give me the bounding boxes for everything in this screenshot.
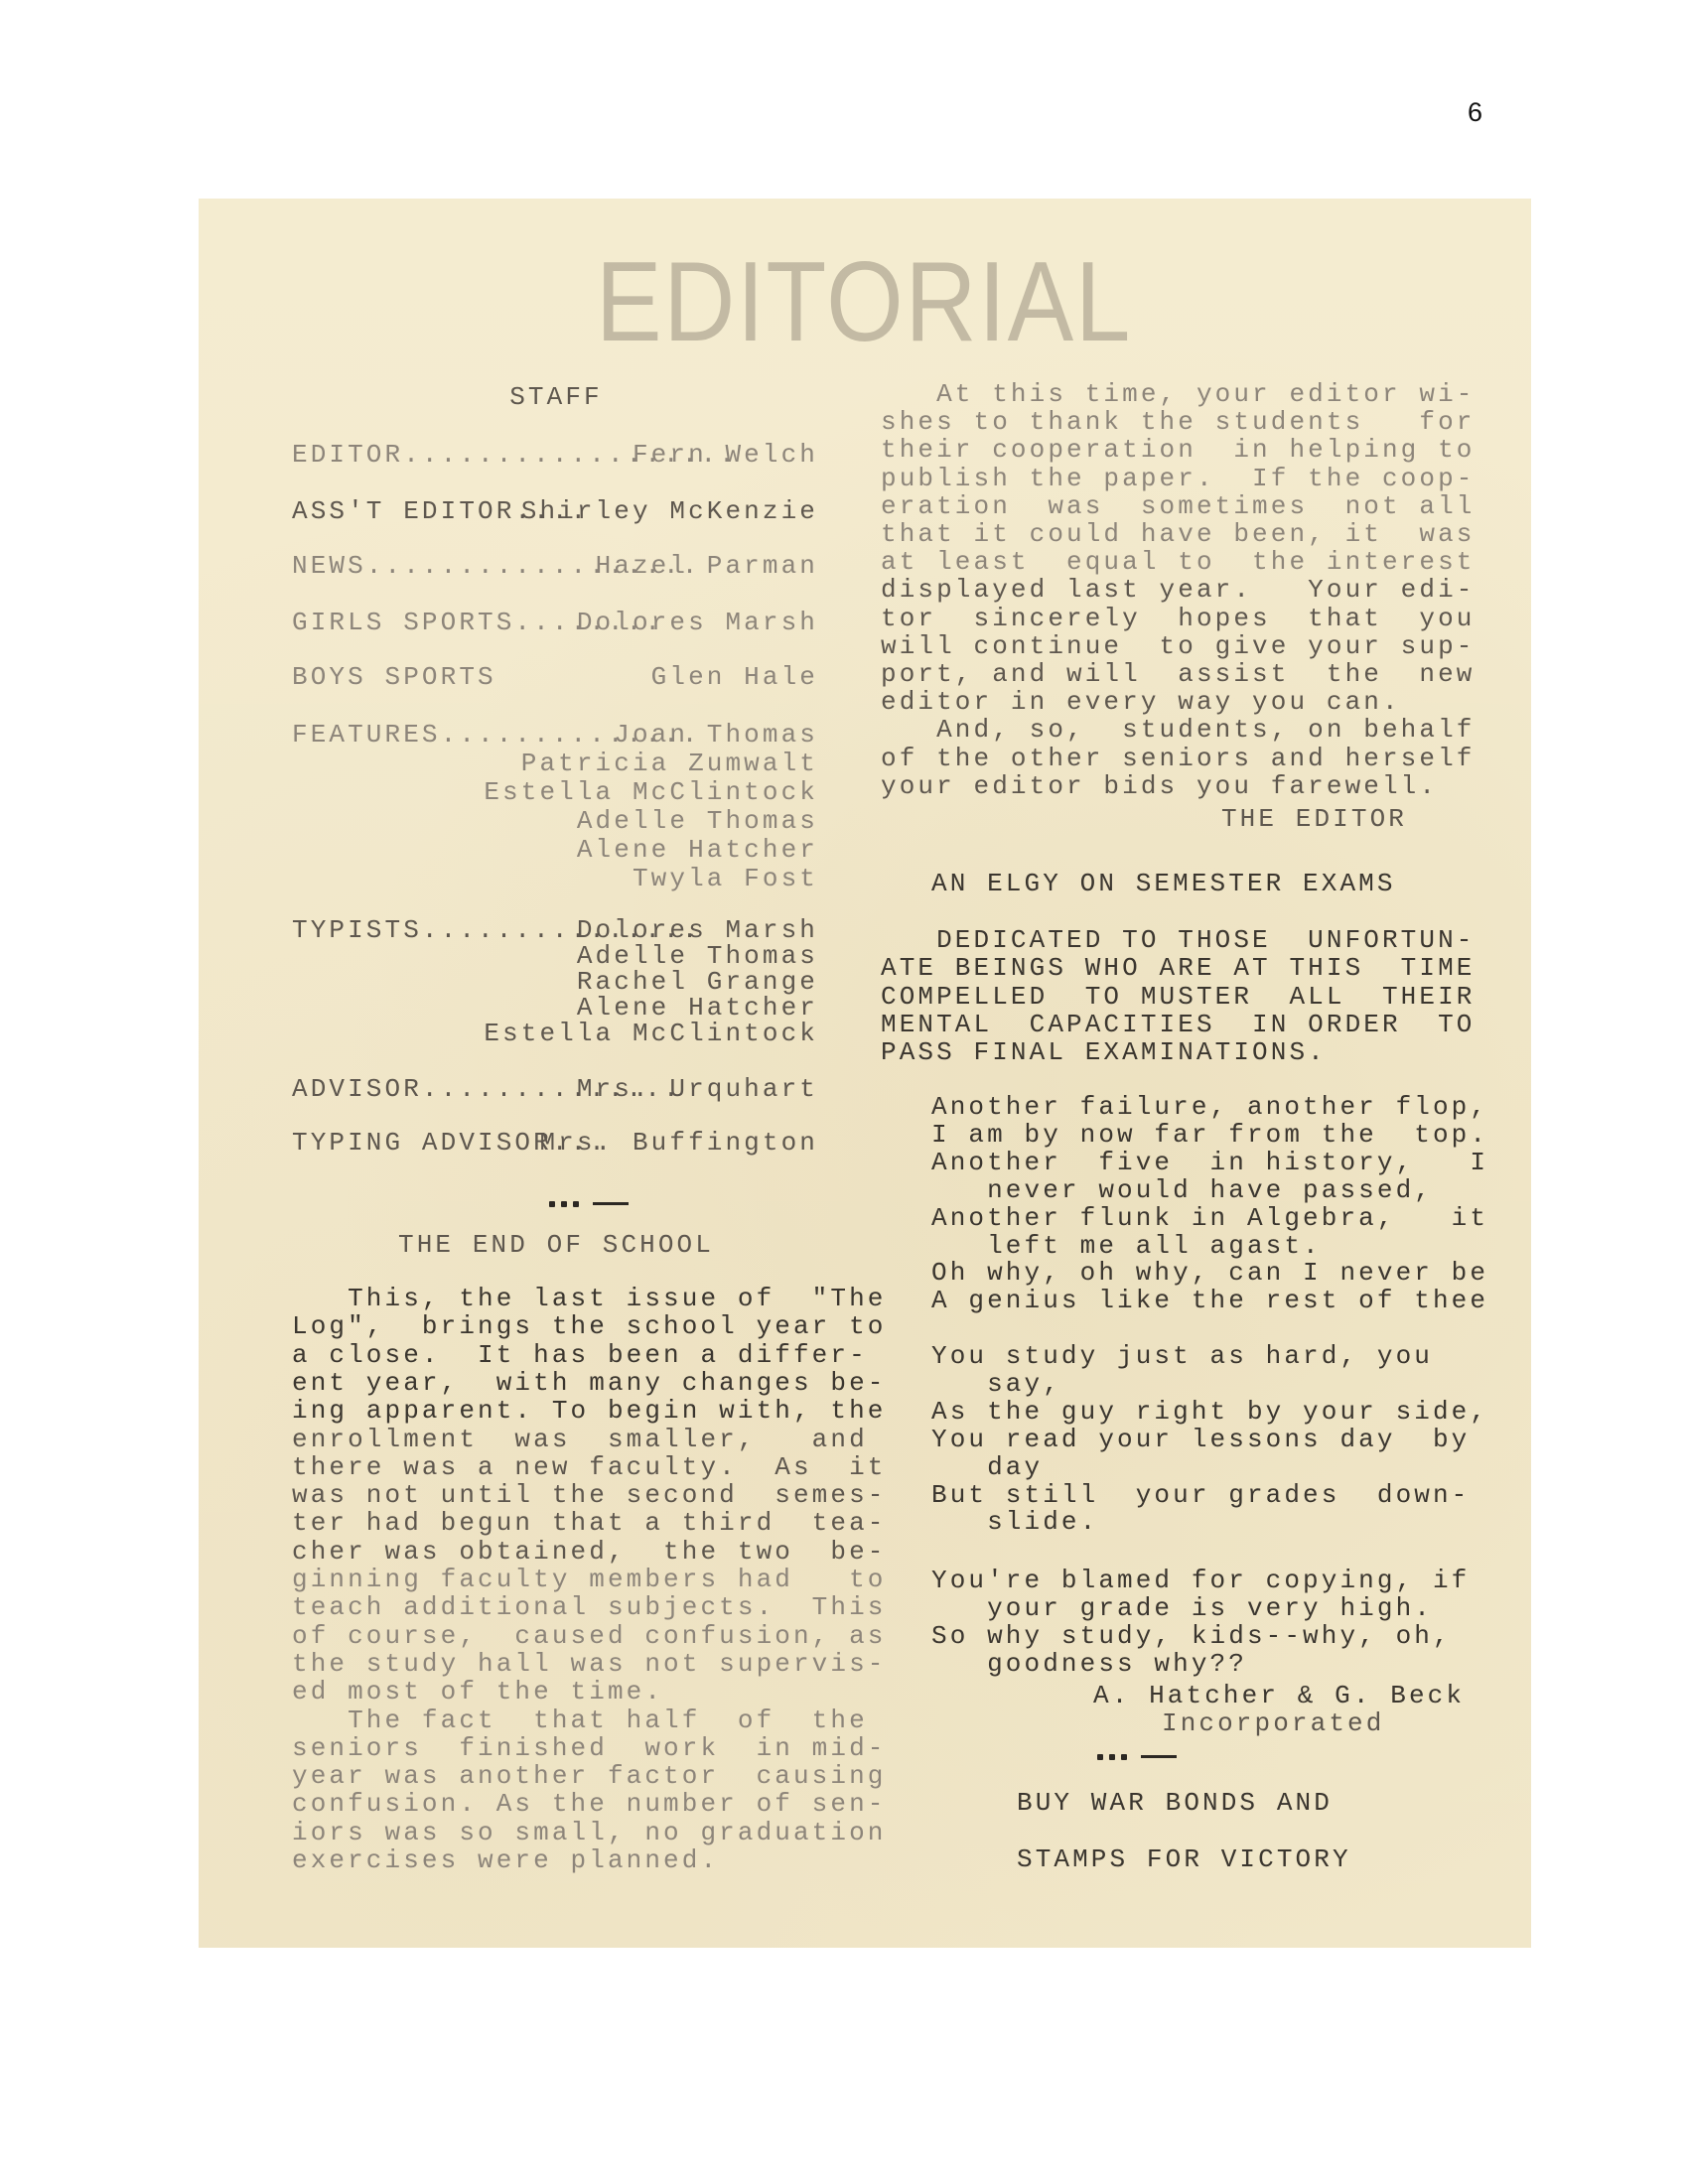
staff-name: Estella McClintock bbox=[292, 1020, 818, 1047]
end-of-school-line: Log", brings the school year to bbox=[292, 1312, 820, 1340]
section-separator bbox=[549, 1189, 629, 1217]
end-of-school-line: cher was obtained, the two be- bbox=[292, 1538, 820, 1566]
separator-dot bbox=[1121, 1754, 1127, 1760]
poem-authors: A. Hatcher & G. Beck bbox=[1093, 1682, 1465, 1709]
staff-name: Alene Hatcher bbox=[292, 994, 818, 1022]
separator-dot bbox=[573, 1201, 579, 1207]
end-of-school-line: ing apparent. To begin with, the bbox=[292, 1397, 820, 1425]
poem-line: slide. bbox=[931, 1508, 1098, 1536]
farewell-line: of the other seniors and herself bbox=[881, 745, 1409, 772]
end-of-school-line: ent year, with many changes be- bbox=[292, 1369, 820, 1397]
elegy-dedication-line: DEDICATED TO THOSE UNFORTUN- bbox=[881, 926, 1409, 954]
poem-line: your grade is very high. bbox=[931, 1594, 1433, 1622]
farewell-line: eration was sometimes not all bbox=[881, 492, 1409, 520]
poem-line: day bbox=[931, 1453, 1043, 1481]
end-of-school-line: exercises were planned. bbox=[292, 1846, 820, 1874]
end-of-school-line: ed most of the time. bbox=[292, 1678, 820, 1706]
staff-name: Joan Thomas bbox=[292, 721, 818, 749]
poem-line: You study just as hard, you bbox=[931, 1342, 1433, 1370]
staff-name: Fern Welch bbox=[292, 441, 818, 469]
end-of-school-line: there was a new faculty. As it bbox=[292, 1453, 820, 1481]
poem-line: You're blamed for copying, if bbox=[931, 1567, 1470, 1594]
poem-line: As the guy right by your side, bbox=[931, 1398, 1488, 1426]
farewell-line: publish the paper. If the coop- bbox=[881, 465, 1409, 492]
poem-line: I am by now far from the top. bbox=[931, 1121, 1488, 1149]
end-of-school-line: This, the last issue of "The bbox=[292, 1285, 820, 1312]
staff-name: Mrs. Urquhart bbox=[292, 1075, 818, 1103]
end-of-school-line: ter had begun that a third tea- bbox=[292, 1509, 820, 1537]
farewell-line: At this time, your editor wi- bbox=[881, 380, 1409, 408]
poem-line: So why study, kids--why, oh, bbox=[931, 1622, 1452, 1650]
poem-line: Another flunk in Algebra, it bbox=[931, 1204, 1488, 1232]
end-of-school-line: confusion. As the number of sen- bbox=[292, 1790, 820, 1818]
elegy-dedication-line: MENTAL CAPACITIES IN ORDER TO bbox=[881, 1011, 1409, 1038]
farewell-line: shes to thank the students for bbox=[881, 408, 1409, 436]
end-of-school-line: was not until the second semes- bbox=[292, 1481, 820, 1509]
poem-line: A genius like the rest of thee bbox=[931, 1287, 1488, 1314]
farewell-line: port, and will assist the new bbox=[881, 660, 1409, 688]
elegy-title: AN ELGY ON SEMESTER EXAMS bbox=[931, 870, 1396, 897]
end-of-school-line: ginning faculty members had to bbox=[292, 1566, 820, 1593]
staff-name: Patricia Zumwalt bbox=[292, 750, 818, 777]
staff-heading: STAFF bbox=[292, 383, 820, 411]
end-of-school-line: iors was so small, no graduation bbox=[292, 1819, 820, 1846]
editor-signature: THE EDITOR bbox=[881, 805, 1407, 833]
staff-name: Hazel Parman bbox=[292, 552, 818, 580]
staff-name: Glen Hale bbox=[292, 663, 818, 691]
end-of-school-line: The fact that half of the bbox=[292, 1706, 820, 1734]
page-number: 6 bbox=[1468, 97, 1482, 128]
separator-dot bbox=[549, 1201, 555, 1207]
poem-line: Another failure, another flop, bbox=[931, 1093, 1488, 1121]
masthead-title-text: EDITORIAL bbox=[596, 250, 1132, 354]
separator-dash bbox=[593, 1202, 629, 1205]
poem-line: But still your grades down- bbox=[931, 1481, 1470, 1509]
farewell-line: your editor bids you farewell. bbox=[881, 772, 1409, 800]
slogan-line-2: STAMPS FOR VICTORY bbox=[1017, 1845, 1351, 1873]
farewell-line: tor sincerely hopes that you bbox=[881, 605, 1409, 632]
farewell-line: their cooperation in helping to bbox=[881, 436, 1409, 464]
poem-line: You read your lessons day by bbox=[931, 1426, 1470, 1453]
staff-name: Dolores Marsh bbox=[292, 609, 818, 636]
staff-name: Twyla Fost bbox=[292, 865, 818, 892]
farewell-line: editor in every way you can. bbox=[881, 688, 1409, 716]
farewell-line: at least equal to the interest bbox=[881, 548, 1409, 576]
end-of-school-line: year was another factor causing bbox=[292, 1762, 820, 1790]
poem-line: left me all agast. bbox=[931, 1232, 1322, 1260]
poem-line: say, bbox=[931, 1370, 1061, 1398]
poem-authors-note: Incorporated bbox=[1162, 1709, 1384, 1737]
staff-name: Shirley McKenzie bbox=[292, 497, 818, 525]
slogan-line-1: BUY WAR BONDS AND bbox=[1017, 1789, 1333, 1817]
end-of-school-line: enrollment was smaller, and bbox=[292, 1426, 820, 1453]
end-of-school-line: the study hall was not supervis- bbox=[292, 1650, 820, 1678]
poem-line: Another five in history, I bbox=[931, 1149, 1488, 1176]
farewell-line: that it could have been, it was bbox=[881, 520, 1409, 548]
end-of-school-line: teach additional subjects. This bbox=[292, 1593, 820, 1621]
staff-name: Estella McClintock bbox=[292, 778, 818, 806]
separator-dash bbox=[1141, 1755, 1177, 1758]
separator-dot bbox=[1097, 1754, 1103, 1760]
staff-name: Adelle Thomas bbox=[292, 807, 818, 835]
poem-line: goodness why?? bbox=[931, 1650, 1247, 1678]
end-of-school-line: a close. It has been a differ- bbox=[292, 1341, 820, 1369]
separator-dot bbox=[561, 1201, 567, 1207]
farewell-line: will continue to give your sup- bbox=[881, 632, 1409, 660]
separator-dot bbox=[1109, 1754, 1115, 1760]
farewell-line: displayed last year. Your edi- bbox=[881, 576, 1409, 604]
staff-name: Adelle Thomas bbox=[292, 942, 818, 970]
poem-line: never would have passed, bbox=[931, 1176, 1433, 1204]
masthead-title: EDITORIAL bbox=[596, 250, 1132, 359]
staff-name: Rachel Grange bbox=[292, 968, 818, 996]
section-separator bbox=[1097, 1742, 1177, 1770]
staff-name: Dolores Marsh bbox=[292, 916, 818, 944]
elegy-dedication-line: ATE BEINGS WHO ARE AT THIS TIME bbox=[881, 954, 1409, 982]
staff-name: Alene Hatcher bbox=[292, 836, 818, 864]
poem-line: Oh why, oh why, can I never be bbox=[931, 1259, 1488, 1287]
end-of-school-line: of course, caused confusion, as bbox=[292, 1622, 820, 1650]
farewell-line: And, so, students, on behalf bbox=[881, 716, 1409, 744]
end-of-school-line: seniors finished work in mid- bbox=[292, 1734, 820, 1762]
staff-name: Mrs. Buffington bbox=[292, 1129, 818, 1157]
end-of-school-title: THE END OF SCHOOL bbox=[292, 1231, 820, 1259]
elegy-dedication-line: PASS FINAL EXAMINATIONS. bbox=[881, 1038, 1409, 1066]
elegy-dedication-line: COMPELLED TO MUSTER ALL THEIR bbox=[881, 983, 1409, 1011]
